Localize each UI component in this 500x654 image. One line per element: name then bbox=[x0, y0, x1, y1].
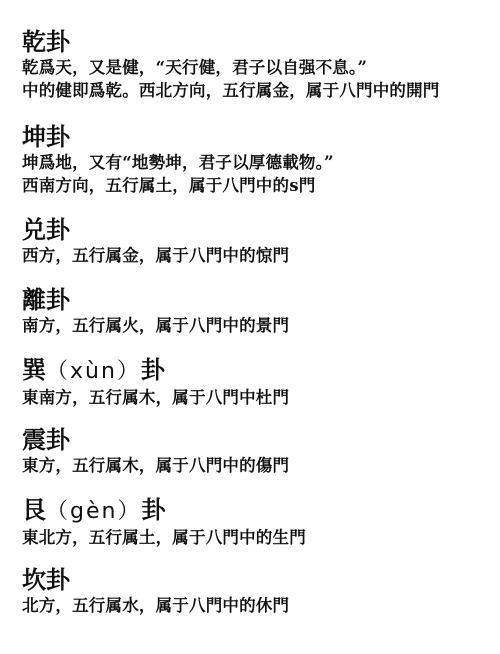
section-heading: 兑卦 bbox=[22, 216, 492, 244]
trigram-name: 坎卦 bbox=[22, 565, 70, 594]
trigram-name: 離卦 bbox=[22, 285, 70, 314]
description-line: 東北方，五行属土，属于八門中的生門 bbox=[22, 526, 492, 549]
trigram-name: 兑卦 bbox=[22, 215, 70, 244]
description-line: 西方，五行属金，属于八門中的惊門 bbox=[22, 244, 492, 267]
description-line: 西南方向，五行属土，属于八門中的s門 bbox=[22, 174, 492, 197]
section-heading: 乾卦 bbox=[22, 28, 492, 56]
pinyin-annotation: （gèn） bbox=[46, 499, 141, 524]
section-dui: 兑卦 西方，五行属金，属于八門中的惊門 bbox=[22, 216, 492, 267]
section-xun: 巽（xùn）卦 東南方，五行属木，属于八門中杜門 bbox=[22, 356, 492, 409]
section-heading: 坎卦 bbox=[22, 566, 492, 594]
description-line: 乾爲天，又是健，“天行健，君子以自强不息。” bbox=[22, 56, 492, 79]
section-heading: 巽（xùn）卦 bbox=[22, 356, 492, 386]
section-li: 離卦 南方，五行属火，属于八門中的景門 bbox=[22, 286, 492, 337]
description-line: 中的健即爲乾。西北方向，五行属金，属于八門中的開門 bbox=[22, 79, 492, 102]
trigram-suffix: 卦 bbox=[141, 355, 165, 384]
trigram-name: 巽 bbox=[22, 355, 46, 384]
section-qian: 乾卦 乾爲天，又是健，“天行健，君子以自强不息。” 中的健即爲乾。西北方向，五行… bbox=[22, 28, 492, 102]
pinyin-annotation: （xùn） bbox=[46, 359, 141, 384]
trigram-document: 乾卦 乾爲天，又是健，“天行健，君子以自强不息。” 中的健即爲乾。西北方向，五行… bbox=[0, 0, 500, 654]
section-heading: 震卦 bbox=[22, 426, 492, 454]
description-line: 東方，五行属木，属于八門中的傷門 bbox=[22, 454, 492, 477]
section-gen: 艮（gèn）卦 東北方，五行属土，属于八門中的生門 bbox=[22, 496, 492, 549]
section-kan: 坎卦 北方，五行属水，属于八門中的休門 bbox=[22, 566, 492, 617]
trigram-name: 震卦 bbox=[22, 425, 70, 454]
section-zhen: 震卦 東方，五行属木，属于八門中的傷門 bbox=[22, 426, 492, 477]
section-kun: 坤卦 坤爲地，又有“地勢坤，君子以厚德載物。” 西南方向，五行属土，属于八門中的… bbox=[22, 123, 492, 197]
section-heading: 艮（gèn）卦 bbox=[22, 496, 492, 526]
trigram-name: 坤卦 bbox=[22, 122, 70, 151]
trigram-name: 艮 bbox=[22, 495, 46, 524]
section-heading: 離卦 bbox=[22, 286, 492, 314]
trigram-suffix: 卦 bbox=[141, 495, 165, 524]
trigram-name: 乾卦 bbox=[22, 27, 70, 56]
section-heading: 坤卦 bbox=[22, 123, 492, 151]
description-line: 東南方，五行属木，属于八門中杜門 bbox=[22, 386, 492, 409]
description-line: 坤爲地，又有“地勢坤，君子以厚德載物。” bbox=[22, 151, 492, 174]
description-line: 北方，五行属水，属于八門中的休門 bbox=[22, 594, 492, 617]
description-line: 南方，五行属火，属于八門中的景門 bbox=[22, 314, 492, 337]
